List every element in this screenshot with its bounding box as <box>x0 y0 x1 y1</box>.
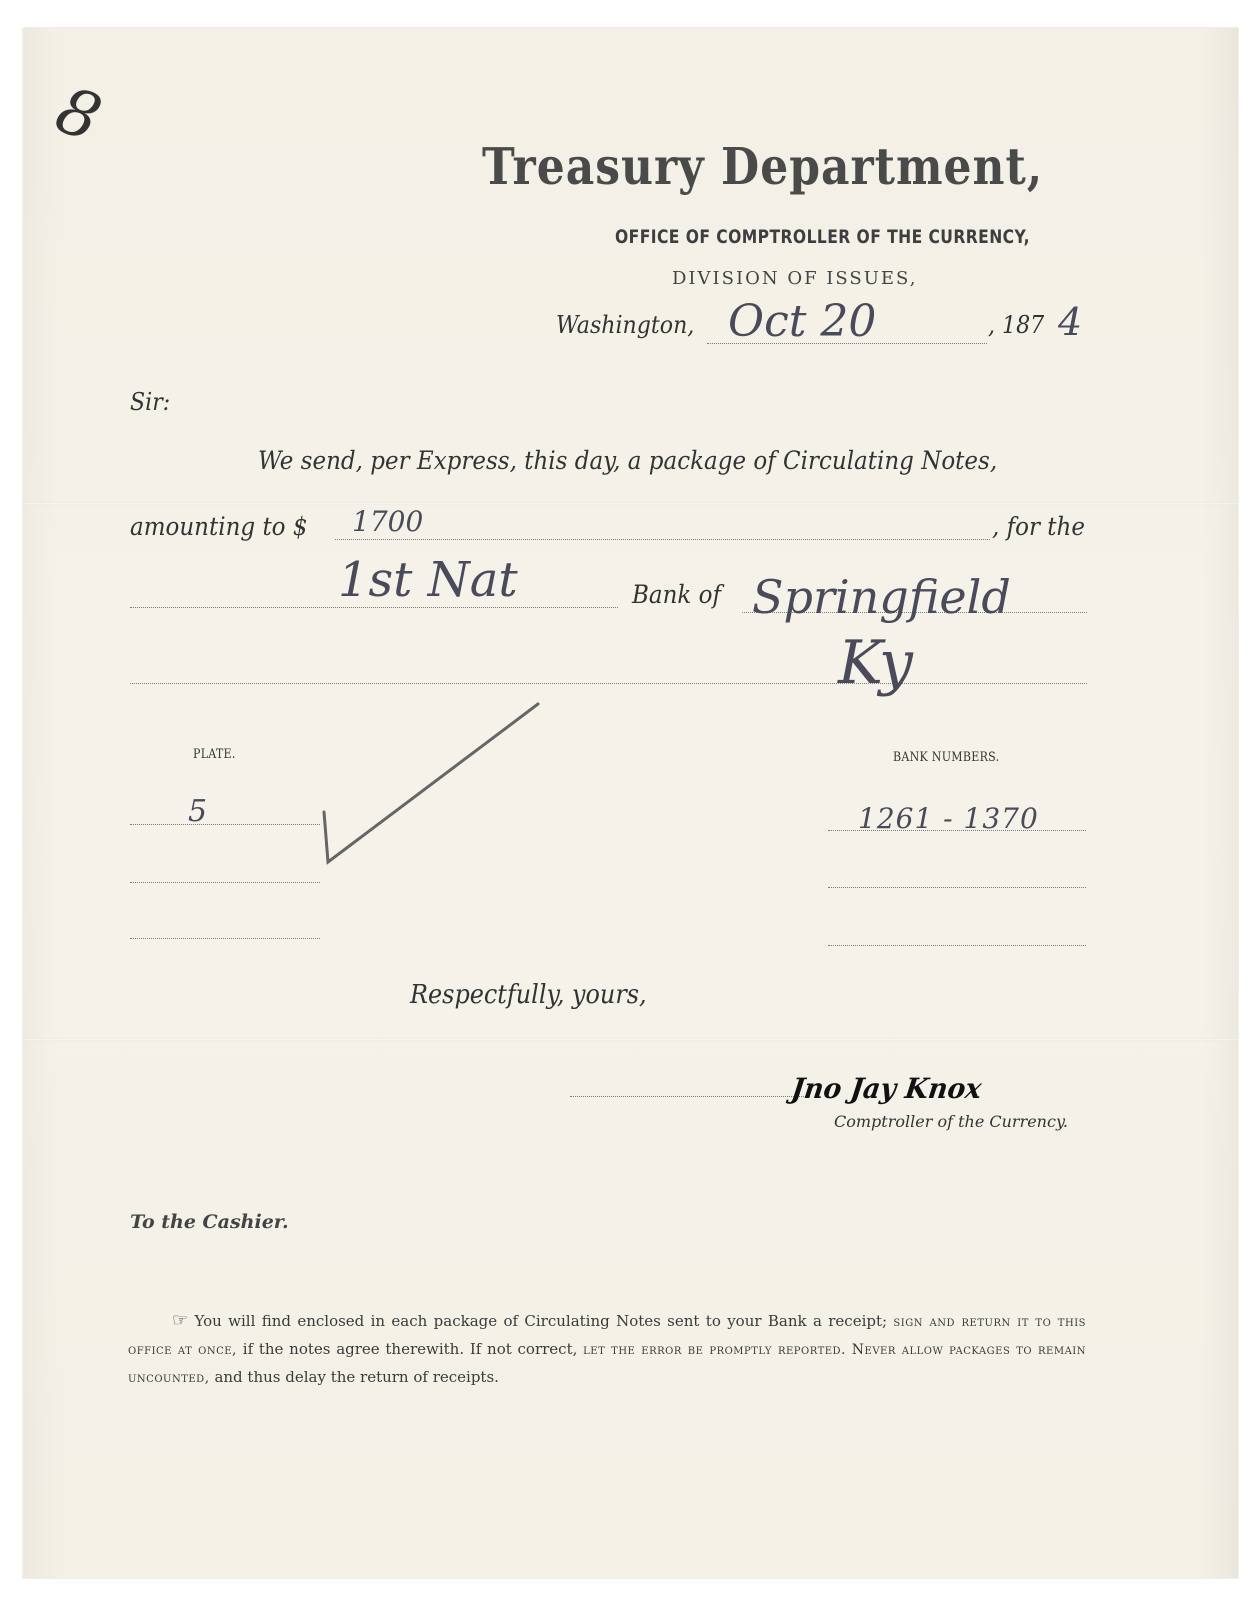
plate-label: PLATE. <box>193 747 236 762</box>
bank-numbers-label: BANK NUMBERS. <box>893 750 999 765</box>
bank-prefix-handwritten[interactable]: 1st Nat <box>338 552 518 608</box>
notice-part-3: if the notes agree therewith. If not cor… <box>243 1340 578 1358</box>
bank-city-handwritten[interactable]: Springfield <box>752 570 1011 624</box>
paper-crease <box>23 1038 1238 1041</box>
address-line-2 <box>130 683 1087 684</box>
signer-title: Comptroller of the Currency. <box>834 1112 1068 1131</box>
body-line-1: We send, per Express, this day, a packag… <box>258 446 997 475</box>
notice-part-1: You will find enclosed in each package o… <box>195 1312 888 1330</box>
paper-crease <box>23 502 1238 505</box>
for-the-label: , for the <box>992 512 1085 541</box>
check-mark-icon <box>318 700 548 870</box>
plate-value-1[interactable]: 5 <box>188 794 207 829</box>
bank-numbers-value-1[interactable]: 1261 - 1370 <box>858 802 1039 835</box>
notice-paragraph: ☞ You will find enclosed in each package… <box>128 1307 1086 1392</box>
addressee: To the Cashier. <box>130 1211 289 1233</box>
bank-state-handwritten[interactable]: Ky <box>838 628 913 698</box>
pointing-hand-icon: ☞ <box>172 1310 188 1331</box>
letterhead-title: Treasury Department, <box>482 138 1043 197</box>
date-handwritten[interactable]: Oct 20 <box>728 296 876 347</box>
letterhead-division: DIVISION OF ISSUES, <box>672 268 917 289</box>
dateline-year-prefix: , 187 <box>988 311 1044 339</box>
year-suffix-handwritten[interactable]: 4 <box>1058 300 1082 344</box>
bank-label: Bank of <box>632 580 721 609</box>
plate-line-2 <box>130 882 320 883</box>
letterhead-office: OFFICE OF COMPTROLLER OF THE CURRENCY, <box>615 226 1030 248</box>
notice-part-4: let the error be promptly reported. <box>583 1342 846 1358</box>
signature: Jno Jay Knox <box>790 1072 984 1105</box>
notice-part-6: and thus delay the return of receipts. <box>214 1368 499 1386</box>
closing: Respectfully, yours, <box>410 980 647 1010</box>
plate-line-1 <box>130 824 320 825</box>
signature-line <box>570 1096 810 1097</box>
amount-line <box>335 539 990 540</box>
dateline-place: Washington, <box>556 311 694 339</box>
amount-value[interactable]: 1700 <box>352 505 423 538</box>
bank-numbers-line-3 <box>828 945 1086 946</box>
salutation: Sir: <box>130 388 170 416</box>
plate-line-3 <box>130 938 320 939</box>
amount-label: amounting to $ <box>130 512 307 541</box>
bank-numbers-line-2 <box>828 887 1086 888</box>
